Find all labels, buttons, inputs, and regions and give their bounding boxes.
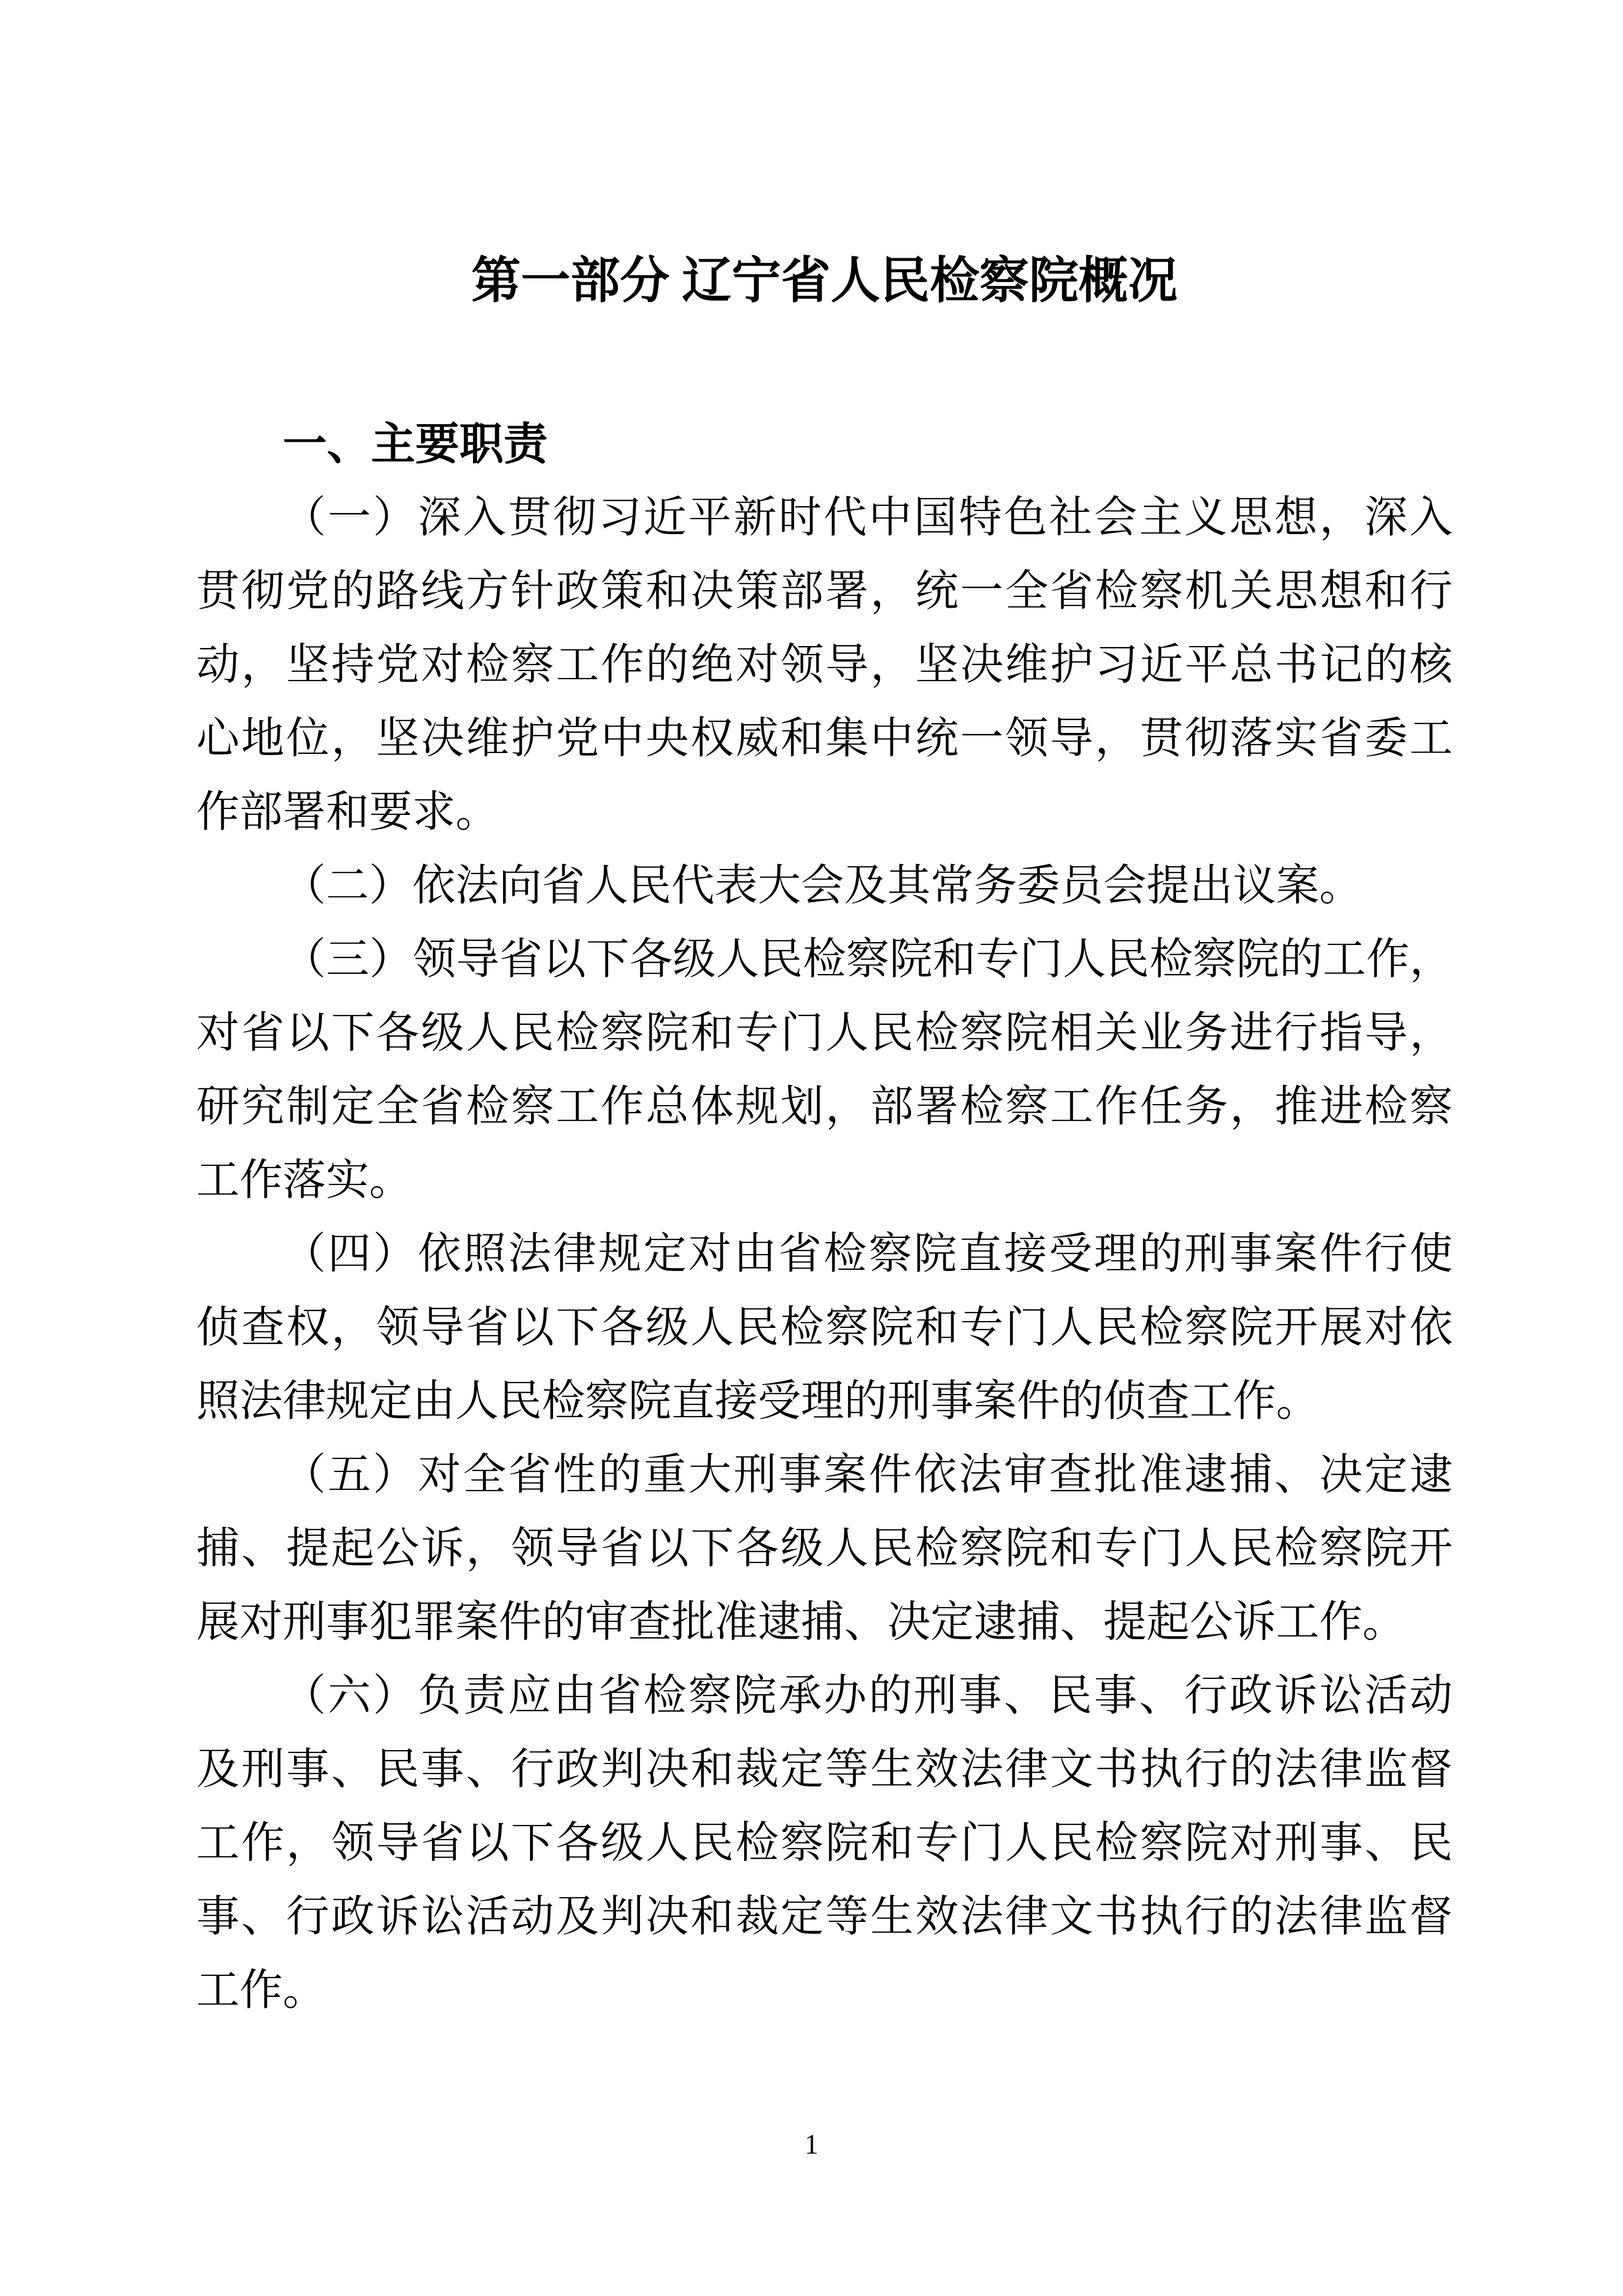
paragraph-line: （四）依照法律规定对由省检察院直接受理的刑事案件行使	[196, 1217, 1453, 1291]
page-number: 1	[0, 2130, 1623, 2160]
paragraph-line: 贯彻党的路线方针政策和决策部署，统一全省检察机关思想和行	[196, 555, 1453, 628]
paragraph-line: （五）对全省性的重大刑事案件依法审查批准逮捕、决定逮	[196, 1438, 1453, 1512]
document-page: { "document": { "title": "第一部分 辽宁省人民检察院概…	[0, 0, 1623, 2296]
paragraph-line: 展对刑事犯罪案件的审查批准逮捕、决定逮捕、提起公诉工作。	[196, 1586, 1453, 1659]
paragraph-line: 照法律规定由人民检察院直接受理的刑事案件的侦查工作。	[196, 1365, 1453, 1438]
paragraph-line: 心地位，坚决维护党中央权威和集中统一领导，贯彻落实省委工	[196, 702, 1453, 776]
paragraph-line: 工作，领导省以下各级人民检察院和专门人民检察院对刑事、民	[196, 1807, 1453, 1880]
section-heading: 一、主要职责	[196, 407, 1453, 481]
paragraph-line: （二）依法向省人民代表大会及其常务委员会提出议案。	[196, 849, 1453, 923]
paragraph-line: 工作。	[196, 1954, 1453, 2027]
paragraph-line: （三）领导省以下各级人民检察院和专门人民检察院的工作，	[196, 923, 1453, 997]
paragraph-line: 及刑事、民事、行政判决和裁定等生效法律文书执行的法律监督	[196, 1733, 1453, 1807]
paragraph-line: 作部署和要求。	[196, 776, 1453, 849]
paragraph-line: （一）深入贯彻习近平新时代中国特色社会主义思想，深入	[196, 481, 1453, 555]
paragraph-line: 研究制定全省检察工作总体规划，部署检察工作任务，推进检察	[196, 1070, 1453, 1144]
document-body: 第一部分 辽宁省人民检察院概况 一、主要职责 （一）深入贯彻习近平新时代中国特色…	[196, 245, 1453, 2027]
paragraph-line: 侦查权，领导省以下各级人民检察院和专门人民检察院开展对依	[196, 1291, 1453, 1365]
paragraph-line: 工作落实。	[196, 1144, 1453, 1217]
paragraph-line: 捕、提起公诉，领导省以下各级人民检察院和专门人民检察院开	[196, 1512, 1453, 1586]
document-title: 第一部分 辽宁省人民检察院概况	[196, 245, 1453, 317]
paragraph-line: （六）负责应由省检察院承办的刑事、民事、行政诉讼活动	[196, 1659, 1453, 1733]
paragraph-line: 对省以下各级人民检察院和专门人民检察院相关业务进行指导，	[196, 997, 1453, 1070]
paragraph-line: 动，坚持党对检察工作的绝对领导，坚决维护习近平总书记的核	[196, 628, 1453, 702]
paragraph-line: 事、行政诉讼活动及判决和裁定等生效法律文书执行的法律监督	[196, 1880, 1453, 1954]
